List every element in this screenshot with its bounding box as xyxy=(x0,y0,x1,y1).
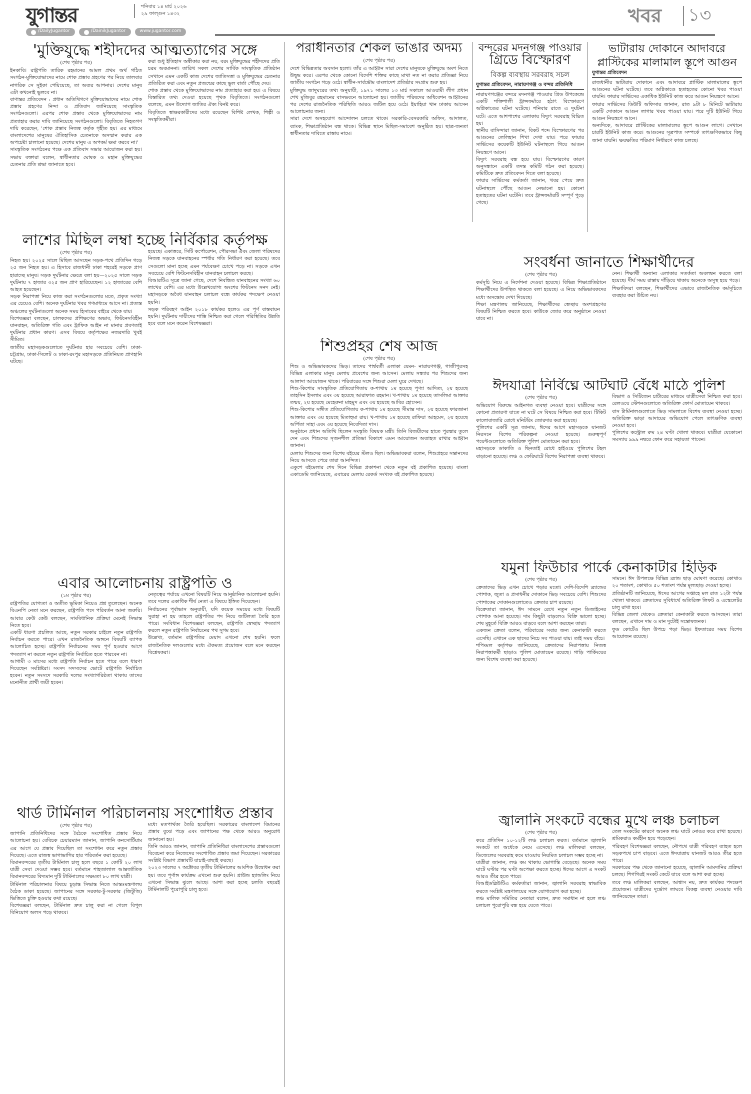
paragraph: লঞ্চ মালিক সমিতির নেতারা বলেন, দ্রুত সমা… xyxy=(476,896,606,910)
header-rule xyxy=(215,34,715,36)
article-bandar[interactable]: বন্দরের মদনগঞ্জ পাওয়ার গ্রিডে বিস্ফোরণ … xyxy=(476,42,584,230)
paragraph: বিআইডব্লিউটিএ কর্মকর্তারা জানান, জ্বালান… xyxy=(476,881,606,895)
paragraph: মহাসড়কে ডাকাতি ও ছিনতাই রোধে হাইওয়ে পু… xyxy=(476,446,606,460)
paragraph: সামনে। ঈদ উপলক্ষে বিভিন্ন ব্র্যান্ড ছাড়… xyxy=(612,576,742,590)
social-links: /DailyJugantor /DainikJugantor www.jugan… xyxy=(26,28,186,36)
article-paradhinatar[interactable]: পরাধীনতার শেকল ভাঙার অদম্য (শেষ পৃষ্ঠার … xyxy=(290,42,468,332)
paragraph: শোক প্রস্তাব থেকে মুক্তিযোদ্ধাদের নাম প্… xyxy=(148,88,280,110)
continued-label: (শেষ পৃষ্ঠার পর) xyxy=(10,823,142,830)
continued-label: (শেষ পৃষ্ঠার পর) xyxy=(476,272,606,279)
paragraph: শিশু-কিশোর সাংস্কৃতিক প্রতিযোগিতায় ক-শা… xyxy=(290,386,468,408)
paragraph: বিশেষজ্ঞরা বলছেন, টার্মিনাল দ্রুত চালু ক… xyxy=(10,903,142,917)
paragraph: তিনি আরও জানান, জাপানি প্রতিনিধিরা বাংলা… xyxy=(148,844,280,866)
article-lasher-michil[interactable]: লাশের মিছিল লম্বা হচ্ছে নির্বিকার কর্তৃপ… xyxy=(10,232,280,572)
paragraph: অনুষ্ঠানে প্রধান অতিথি ছিলেন সংস্কৃতি বি… xyxy=(290,429,468,451)
page-number: ১৩ xyxy=(688,4,711,28)
article-jamuna[interactable]: যমুনা ফিউচার পার্কে কেনাকাটার হিড়িক (শে… xyxy=(476,560,742,810)
paragraph: বিআরটিএ সূত্রে জানা গেছে, দেশে নিবন্ধিত … xyxy=(148,278,280,307)
headline: জ্বালানি সংকটে বন্ধের মুখে লঞ্চ চলাচল xyxy=(476,813,742,829)
paragraph: হয়েছে। একাত্তরে, সিটি কর্পোরেশন, পৌরসভা… xyxy=(148,249,280,278)
continued-label: (শেষ পৃষ্ঠার পর) xyxy=(10,250,142,257)
paragraph: বাস টার্মিনালগুলোতে ভিড় সামলাতে বিশেষ ব… xyxy=(612,409,742,431)
paragraph: জাতীয় মহাসড়কগুলোতে দুর্ঘটনার হার সবচেয… xyxy=(10,345,142,367)
facebook-icon xyxy=(84,30,89,35)
section-name: খবর xyxy=(628,4,662,28)
byline: যুগান্তর প্রতিবেদন xyxy=(592,70,742,78)
paragraph: ক্রেতাদের ভিড় এখন চোখে পড়ার মতো। দেশি-… xyxy=(476,585,606,607)
paragraph: বিদ্যুৎ সরবরাহ বন্ধ হয়ে যায়। বিস্ফোরণে… xyxy=(476,157,584,179)
headline: শিশুপ্রহর শেষ আজ xyxy=(290,338,468,355)
article-jalani[interactable]: জ্বালানি সংকটে বন্ধের মুখে লঞ্চ চলাচল (শ… xyxy=(476,813,742,1090)
paragraph: ফায়ার সার্ভিসের ডিউটি অফিসার জানান, রাত… xyxy=(592,102,742,124)
column-divider xyxy=(587,42,588,232)
paragraph: করা শুধু ইতিহাস অস্বীকার করা নয়, বরং মু… xyxy=(148,59,280,88)
paragraph: সড়ক পরিবহণ আইন ২০১৮ কার্যকর হলেও এর পূর… xyxy=(148,307,280,329)
paragraph: নেন। শিক্ষার্থী অন্যান্য এলাকার সতর্কতা … xyxy=(612,271,742,285)
article-shikkharthi[interactable]: সংবর্ধনা জানাতে শিক্ষার্থীদের (শেষ পৃষ্ঠ… xyxy=(476,254,742,370)
paragraph: যাত্রীরা জানান, লঞ্চ কম থাকায় ভোগান্তি … xyxy=(476,860,606,882)
paragraph: অন্যদিকে, আদাবরে প্লাস্টিকের মালামালের স… xyxy=(592,123,742,145)
paragraph: শপিংমল কর্তৃপক্ষ জানিয়েছে, ক্রেতাদের নি… xyxy=(476,643,606,665)
article-shishuprahar[interactable]: শিশুপ্রহর শেষ আজ (শেষ পৃষ্ঠার পর) শিশু ও… xyxy=(290,338,468,1088)
continued-label: (শেষ পৃষ্ঠার পর) xyxy=(476,577,606,584)
social-link-facebook[interactable]: /DainikJugantor xyxy=(79,28,131,36)
paragraph: নেতৃত্বের পর্যায়ে এখনো বিষয়টি নিয়ে আন… xyxy=(148,592,280,606)
social-link-x[interactable]: /DailyJugantor xyxy=(26,28,75,36)
continued-label: (শেষ পৃষ্ঠার পর) xyxy=(476,395,606,402)
paragraph: নির্বাচনের পূর্বাভাস অনুযায়ী, যদি কয়েক… xyxy=(148,607,280,636)
date-bangla: ২৯ ফাল্গুন ১৪৩২ xyxy=(141,11,187,18)
social-link-label: www.jugantor.com xyxy=(140,28,182,36)
continued-label: (শেষ পৃষ্ঠার পর) xyxy=(10,60,142,67)
continued-label: (শেষ পৃষ্ঠার পর) xyxy=(290,58,468,65)
paragraph: ইনকাবি। রাষ্ট্রপতি তারিক রহমানের আমল প্র… xyxy=(10,68,142,97)
section-divider xyxy=(683,6,684,26)
paragraph: বিভিন্ন জেলা থেকেও ক্রেতারা কেনাকাটা করত… xyxy=(612,612,742,626)
paragraph: নারায়ণগঞ্জের বন্দরে মদনগঞ্জ পাওয়ার গ্র… xyxy=(476,92,584,128)
headline: ঈদযাত্রা নির্বিঘ্নে আটঘাট বেঁধে মাঠে পুল… xyxy=(476,378,742,394)
paragraph: বিবৃতিতে স্বাক্ষরকারীদের মধ্যে রয়েছেন ব… xyxy=(148,110,280,124)
headline: ভাটারায় দোকানে আদাবরে প্লাস্টিকের মালাম… xyxy=(592,42,742,70)
article-eidjatra[interactable]: ঈদযাত্রা নির্বিঘ্নে আটঘাট বেঁধে মাঠে পুল… xyxy=(476,378,742,564)
paragraph: পরিবহণ বিশেষজ্ঞরা বলছেন, নৌপথে যাত্রী পর… xyxy=(612,844,742,866)
paragraph: স্থানীয় বাসিন্দারা জানান, বিকট শব্দে বি… xyxy=(476,128,584,157)
paragraph: সারা দেশে অসহযোগ আন্দোলন চলতে থাকে। সরকা… xyxy=(290,116,468,138)
paragraph: বিমানবন্দরের তৃতীয় টার্মিনাল চালু হলে ব… xyxy=(10,860,142,882)
headline: পরাধীনতার শেকল ভাঙার অদম্য xyxy=(290,42,468,57)
paragraph: নিহত হয়। ২০২৫ সালে মিছিল আসছেন সড়ক-পথে… xyxy=(10,258,142,294)
masthead: যুগান্তর শনিবার ১৪ মার্চ ২০২৬ ২৯ ফাল্গুন… xyxy=(0,0,751,40)
article-bhaterai[interactable]: ভাটারায় দোকানে আদাবরে প্লাস্টিকের মালাম… xyxy=(592,42,742,232)
column-divider xyxy=(284,42,285,1087)
newspaper-logo[interactable]: যুগান্তর xyxy=(26,4,130,26)
paragraph: দেশে বিভিন্নতার অবসান হলো। তাঁর এ আহ্বান… xyxy=(290,66,468,88)
paragraph: শিশু-কিশোর সঙ্গীত প্রতিযোগিতায় ক-শাখায়… xyxy=(290,407,468,429)
paragraph: সরকারের পক্ষ থেকে জানানো হয়েছে, জ্বালান… xyxy=(612,865,742,879)
paragraph: সাংস্কৃতিক সংগঠনের পক্ষে এক প্রতিবাদ সভা… xyxy=(10,147,142,169)
paragraph: পুলিশের কন্ট্রোল রুম ২৪ ঘণ্টা খোলা থাকবে… xyxy=(612,430,742,444)
date-block: শনিবার ১৪ মার্চ ২০২৬ ২৯ ফাল্গুন ১৪৩২ xyxy=(134,4,187,18)
headline: সংবর্ধনা জানাতে শিক্ষার্থীদের xyxy=(476,254,742,271)
paragraph: ফায়ার সার্ভিসের কর্মকর্তা জানান, খবর পে… xyxy=(476,178,584,207)
date-gregorian: শনিবার ১৪ মার্চ ২০২৬ xyxy=(141,4,187,11)
paragraph: উল্লেখ্য, বর্তমান রাষ্ট্রপতির মেয়াদ এখন… xyxy=(148,635,280,657)
article-rashtrapati[interactable]: এবার আলোচনায় রাষ্ট্রপতি ও (১ম পৃষ্ঠার প… xyxy=(10,575,280,800)
paragraph: জাপানি প্রতিনিধিদের সঙ্গে বৈঠকে সংশোধিত … xyxy=(10,831,142,860)
paragraph: রাজধানীর ভাটারায় দোকানে এবং আদাবরে প্লা… xyxy=(592,80,742,102)
x-icon xyxy=(31,30,36,35)
headline: এবার আলোচনায় রাষ্ট্রপতি ও xyxy=(10,575,280,592)
paragraph: সড়ক নিরাপত্তা নিয়ে কাজ করা সংগঠনগুলোর … xyxy=(10,294,142,316)
continued-label: (শেষ পৃষ্ঠার পর) xyxy=(476,830,606,837)
paragraph: অভিযোগ বিরুদ্ধে আইনগত ব্যবস্থা নেওয়া হব… xyxy=(476,403,606,425)
paragraph: বিক্রেতারা জানান, ঈদ সামনে রেখে নতুন নতু… xyxy=(476,607,606,629)
paragraph: রাষ্ট্রপতির যোগ্যতা ও অতীত ভূমিকা নিয়েও… xyxy=(10,601,142,630)
paragraph: শিক্ষাবিদরা বলছেন, শিক্ষার্থীদের এভাবে র… xyxy=(612,286,742,300)
article-muktijuddho[interactable]: 'মুক্তিযুদ্ধে শহীদদের আত্মত্যাগের সঙ্গে … xyxy=(10,42,280,228)
paragraph: আগামী ৩ মাসের মধ্যে রাষ্ট্রপতি নির্বাচন … xyxy=(10,659,142,688)
continued-label: (শেষ পৃষ্ঠার পর) xyxy=(290,356,468,363)
continued-label: (১ম পৃষ্ঠার পর) xyxy=(10,593,142,600)
headline: থার্ড টার্মিনাল পরিচালনায় সংশোধিত প্রস্… xyxy=(10,805,280,822)
paragraph: মেলায় শিশুদের জন্য বিশেষ বইয়ের স্টলও ছ… xyxy=(290,451,468,465)
paragraph: বিশেষজ্ঞরা বলছেন, চালকদের প্রশিক্ষণের অভ… xyxy=(10,316,142,345)
paragraph: মধ্যে মতপার্থক্য তৈরি হয়েছিল। সরকারের ব… xyxy=(148,822,280,844)
paragraph: বিভাগ ও সিটিজেন চার্টারের মাধ্যমে যাত্রী… xyxy=(612,394,742,408)
paragraph: শিক্ষা মন্ত্রণালয় জানিয়েছে, শিক্ষার্থী… xyxy=(476,302,606,324)
paragraph: প্রতিষ্ঠানটি জানিয়েছে, ঈদের আগের সপ্তাহ… xyxy=(612,591,742,613)
paragraph: ফুড কোর্টেও ছিল উপচে পড়া ভিড়। ইফতারের … xyxy=(612,627,742,641)
paragraph: একজন ক্রেতা বলেন, পরিবারের সবার জন্য কেন… xyxy=(476,628,606,642)
headline: লাশের মিছিল লম্বা হচ্ছে নির্বিকার কর্তৃপ… xyxy=(10,232,280,249)
paragraph: পুলিশের একটি সূত্র জানায়, ঈদের আগে মহাস… xyxy=(476,425,606,447)
paragraph: তবে লঞ্চ মালিকরা বলছেন, আশ্বাস নয়, দ্রু… xyxy=(612,880,742,902)
subhead: বিকল্প ব্যবস্থায় সরবরাহ সচল xyxy=(476,69,584,82)
social-link-website[interactable]: www.jugantor.com xyxy=(135,28,187,36)
paragraph: শিশু ও অভিভাবকদের ভিড়। তাদের পার্শ্ববর্… xyxy=(290,364,468,386)
paragraph: মুক্তিযুদ্ধ জাদুঘরের তথ্য অনুযায়ী, ১৯৭১… xyxy=(290,88,468,117)
social-link-label: /DailyJugantor xyxy=(38,28,70,36)
social-link-label: /DainikJugantor xyxy=(91,28,126,36)
column-divider xyxy=(472,42,473,222)
paragraph: কর্মসূচি নিয়ে এ নির্দেশনা দেওয়া হয়েছে… xyxy=(476,280,606,302)
paragraph: করে প্রতিদিন ১০-১২টি লঞ্চ চলাচল করত। বর্… xyxy=(476,838,606,860)
paragraph: তেল সংকটের কারণে অনেক লঞ্চ ঘাটে নোঙর করে… xyxy=(612,829,742,843)
paragraph: ২০২৩ সালের ৭ অক্টোবর তৃতীয় টার্মিনালের … xyxy=(148,865,280,894)
paragraph: টার্মিনাল পরিচালনার বিষয়ে চূড়ান্ত সিদ্… xyxy=(10,882,142,904)
headline-line-2: গ্রিডে বিস্ফোরণ xyxy=(476,54,584,69)
headline: 'মুক্তিযুদ্ধে শহীদদের আত্মত্যাগের সঙ্গে xyxy=(10,42,280,59)
byline: যুগান্তর প্রতিবেদন, নারায়ণগঞ্জ ও বন্দর … xyxy=(476,82,584,90)
paragraph: বাণান্তর প্রতিবেদন : প্রধান অতিথিগণে মুক… xyxy=(10,97,142,147)
paragraph: একুশে বইমেলার শেষ দিনে বিভিন্ন প্রকাশনা … xyxy=(290,465,468,479)
paragraph: একটি ধারণা প্রচলিত আছে, নতুন সরকার চাইলে… xyxy=(10,630,142,659)
article-third-terminal[interactable]: থার্ড টার্মিনাল পরিচালনায় সংশোধিত প্রস্… xyxy=(10,805,280,1090)
headline: যমুনা ফিউচার পার্কে কেনাকাটার হিড়িক xyxy=(476,560,742,576)
